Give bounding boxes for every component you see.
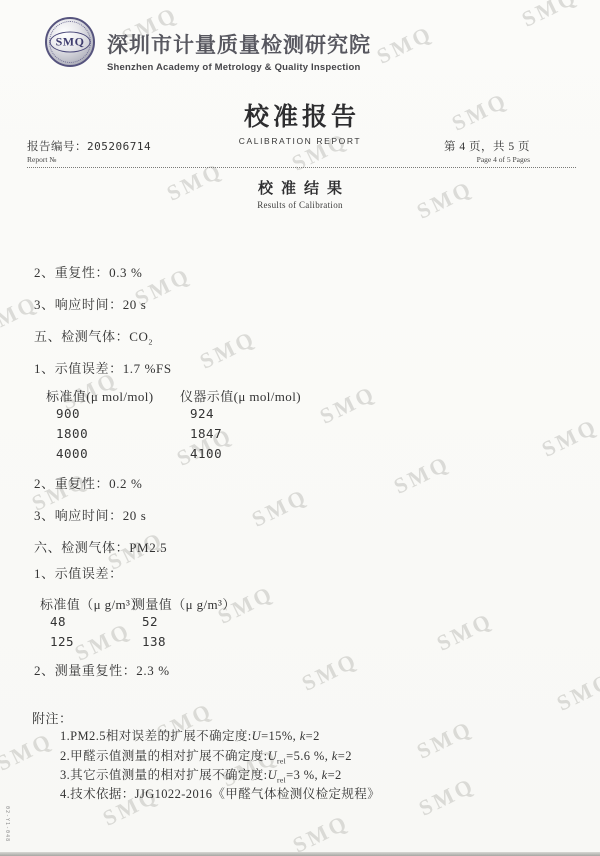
table-cell: 4100: [180, 446, 370, 461]
spine-code: 02-Y1-048: [4, 806, 10, 842]
scan-bottom-edge: [0, 852, 600, 856]
table-cell: 1800: [46, 426, 180, 441]
report-number: 205206714: [87, 140, 151, 153]
note-line: 1.PM2.5相对误差的扩展不确定度:U=15%, k=2: [60, 726, 320, 744]
table-header-cell: 仪器示值(μ mol/mol): [180, 386, 370, 405]
table-cell: 125: [40, 634, 132, 649]
table-row: 40004100: [46, 446, 370, 466]
table-cell: 900: [46, 406, 180, 421]
table-cell: 138: [132, 634, 302, 649]
body-line: 2、重复性：0.2 %: [34, 473, 142, 492]
body-line: 1、示值误差：: [34, 563, 123, 582]
co2-results-table: 标准值(μ mol/mol)仪器示值(μ mol/mol)90092418001…: [46, 386, 370, 466]
report-meta-row: 报告编号：205206714 Report № 第 4 页，共 5 页 Page…: [27, 138, 576, 168]
table-row: 900924: [46, 406, 370, 426]
note-line: 3.其它示值测量的相对扩展不确定度:Urel=3 %, k=2: [60, 765, 342, 785]
body-line: 2、测量重复性：2.3 %: [34, 660, 170, 679]
org-name-en: Shenzhen Academy of Metrology & Quality …: [107, 62, 371, 73]
table-cell: 48: [40, 614, 132, 629]
body-line: 3、响应时间：20 s: [34, 505, 146, 524]
page-indicator-en: Page 4 of 5 Pages: [444, 155, 530, 164]
body-line: 六、检测气体：PM2.5: [34, 537, 167, 556]
table-row: 125138: [40, 634, 302, 654]
document-title: 校准报告: [0, 97, 600, 133]
table-row: 4852: [40, 614, 302, 634]
page-indicator-block: 第 4 页，共 5 页 Page 4 of 5 Pages: [444, 138, 576, 164]
table-cell: 924: [180, 406, 370, 421]
org-name-zh: 深圳市计量质量检测研究院: [107, 29, 371, 59]
body-line: 五、检测气体：CO2: [34, 326, 153, 347]
org-logo: SMQ: [45, 17, 95, 67]
page-indicator: 第 4 页，共 5 页: [444, 138, 530, 154]
report-number-label: 报告编号：: [27, 141, 87, 153]
table-header-cell: 测量值（μ g/m³）: [132, 594, 302, 613]
notes-label: 附注：: [32, 708, 73, 727]
org-header: 深圳市计量质量检测研究院 Shenzhen Academy of Metrolo…: [107, 29, 371, 73]
table-row: 18001847: [46, 426, 370, 446]
note-line: 2.甲醛示值测量的相对扩展不确定度:Urel=5.6 %, k=2: [60, 746, 352, 766]
calibration-report-page: SMQSMQSMQSMQSMQSMQSMQSMQSMQSMQSMQSMQSMQS…: [0, 0, 600, 856]
table-cell: 1847: [180, 426, 370, 441]
body-line: 2、重复性：0.3 %: [34, 262, 142, 281]
table-header-cell: 标准值（μ g/m³）: [40, 594, 132, 613]
report-number-block: 报告编号：205206714 Report №: [27, 138, 151, 164]
section-heading: 校准结果 Results of Calibration: [0, 177, 600, 210]
table-header-cell: 标准值(μ mol/mol): [46, 386, 180, 405]
report-number-label-en: Report №: [27, 155, 151, 164]
body-line: 1、示值误差：1.7 %FS: [34, 358, 172, 377]
body-line: 3、响应时间：20 s: [34, 294, 146, 313]
section-title-en: Results of Calibration: [0, 200, 600, 210]
note-line: 4.技术依据：JJG1022-2016《甲醛气体检测仪检定规程》: [60, 784, 380, 802]
table-cell: 4000: [46, 446, 180, 461]
table-cell: 52: [132, 614, 302, 629]
logo-smq-text: SMQ: [50, 32, 91, 53]
section-title: 校准结果: [0, 177, 600, 198]
pm25-results-table: 标准值（μ g/m³）测量值（μ g/m³）4852125138: [40, 594, 302, 654]
page-content: SMQ 深圳市计量质量检测研究院 Shenzhen Academy of Met…: [0, 0, 600, 856]
